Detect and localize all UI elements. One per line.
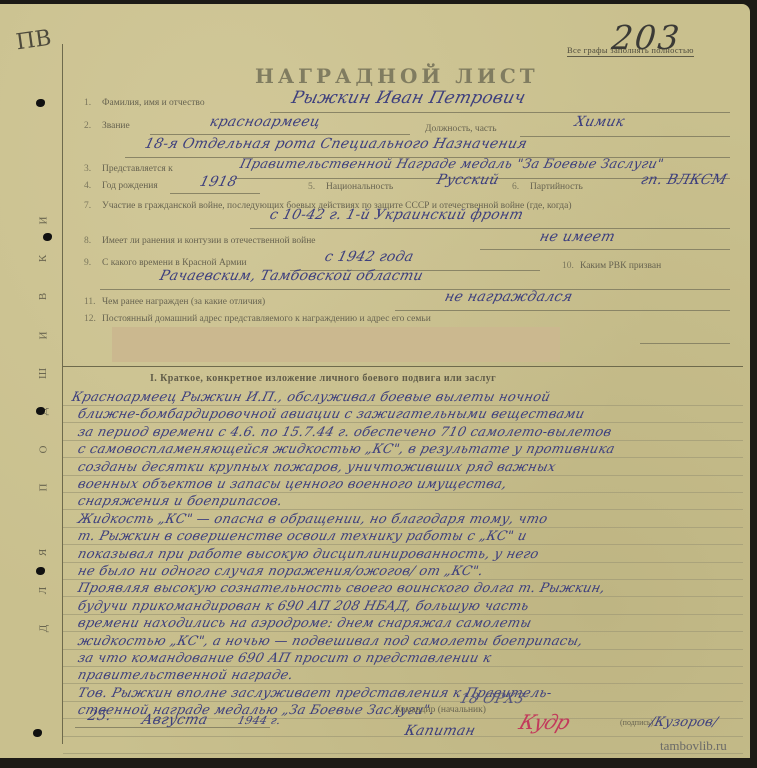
field-name-value: Рыжкин Иван Петрович — [290, 88, 528, 108]
merit-line: военных объектов и запасы ценного военно… — [76, 477, 508, 492]
ruled-line — [63, 579, 743, 580]
margin-letter: Л — [37, 585, 49, 593]
corner-mark: ПВ — [14, 26, 52, 56]
merit-line: за период времени с 4.6. по 15.7.44 г. о… — [76, 425, 613, 440]
field-prior-awards-label: 11.Чем ранее награжден (за какие отличия… — [84, 297, 265, 307]
redacted-address — [112, 327, 560, 362]
margin-letter: И — [37, 330, 49, 339]
merit-line: будучи прикомандирован к 690 АП 208 НБАД… — [76, 599, 530, 614]
field-birthyear-label: 4.Год рождения — [84, 181, 158, 191]
ruled-line — [63, 683, 743, 684]
ruled-line — [63, 596, 743, 597]
field-name-label: 1.Фамилия, имя и отчество — [84, 98, 205, 108]
field-nationality-label: 5.Национальность — [308, 182, 393, 192]
margin-line — [62, 44, 63, 744]
field-rank-label: 2.Звание — [84, 121, 130, 131]
ruled-line — [63, 422, 743, 423]
field-unit-value: 18-я Отдельная рота Специального Назначе… — [143, 136, 529, 152]
punch-hole — [36, 99, 45, 107]
field-rank-value: красноармеец — [208, 114, 322, 130]
field-address-label: 12.Постоянный домашний адрес представляе… — [84, 314, 431, 324]
punch-hole — [36, 567, 45, 575]
margin-letter: И — [37, 216, 49, 225]
scan-frame-bottom — [0, 758, 757, 768]
field-prior-awards-value: не награждался — [443, 289, 574, 305]
watermark: tambovlib.ru — [660, 738, 727, 754]
fill-note: Все графы заполнять полностью — [567, 45, 694, 57]
merit-line: Красноармеец Рыжкин И.П., обслуживал бое… — [70, 390, 552, 405]
field-war-participation-value: с 10-42 г. 1-й Украинский фронт — [268, 207, 525, 223]
field-party-value: гп. ВЛКСМ — [639, 172, 729, 188]
field-birthyear-value: 1918 — [198, 174, 239, 190]
date-month: Августа — [140, 712, 210, 728]
merit-line: правительственной награде. — [76, 668, 295, 683]
commander-rank: Капитан — [403, 723, 477, 739]
merit-line: не было ни одного случая поражения/ожого… — [76, 564, 485, 579]
margin-letter: О — [37, 445, 49, 454]
scan-frame-right — [750, 0, 757, 768]
field-rvk-value: Рачаевским, Тамбовской области — [158, 268, 425, 284]
field-nationality-value: Русский — [435, 172, 501, 188]
merit-line: показывал при работе высокую дисциплинир… — [76, 547, 540, 562]
date-day: 25. — [86, 708, 113, 724]
ruled-line — [63, 666, 743, 667]
merit-line: с самовоспламеняющейся жидкостью „КС", в… — [76, 442, 616, 457]
field-position-label: Должность, часть — [425, 124, 497, 134]
merit-line: созданы десятки крупных пожаров, уничтож… — [76, 460, 557, 475]
field-position-value: Химик — [573, 114, 626, 130]
margin-letter: К — [37, 254, 49, 262]
field-army-since-label: 9.С какого времени в Красной Армии — [84, 258, 247, 268]
ruled-line — [63, 405, 743, 406]
field-award-value: Правительственной Награде медаль "За Бое… — [238, 157, 665, 172]
margin-letter: Я — [37, 547, 49, 555]
margin-letter: Д — [37, 624, 49, 633]
field-award-label: 3.Представляется к — [84, 164, 173, 174]
margin-letter: Ш — [37, 367, 49, 379]
punch-hole — [43, 233, 52, 241]
ruled-line — [63, 492, 743, 493]
commander-unit: 18 ОРХЗ — [458, 691, 526, 707]
margin-letter: П — [37, 483, 49, 492]
margin-letter: В — [37, 292, 49, 300]
merit-line: Жидкость „КС" — опасна в обращении, но б… — [76, 512, 549, 527]
merit-line: жидкостью „КС", а ночью — подвешивал под… — [76, 634, 584, 649]
field-party-label: 6.Партийность — [512, 182, 583, 192]
merit-line: Проявляя высокую сознательность своего в… — [76, 581, 607, 596]
punch-hole — [36, 407, 45, 415]
document-title: НАГРАДНОЙ ЛИСТ — [255, 64, 539, 88]
merit-line: ближне-бомбардировочной авиации с зажига… — [76, 407, 586, 422]
field-army-since-value: с 1942 года — [323, 249, 415, 265]
field-wounds-value: не имеет — [538, 229, 617, 245]
ruled-line — [63, 457, 743, 458]
merit-line: т. Рыжкин в совершенстве освоил технику … — [76, 529, 528, 544]
merit-line: снаряжения и боеприпасов. — [76, 494, 284, 509]
punch-hole — [33, 729, 42, 737]
award-sheet: ПВ 203 Все графы заполнять полностью ДЛЯ… — [0, 4, 750, 758]
ruled-line — [63, 544, 743, 545]
ruled-line — [63, 631, 743, 632]
field-rvk-label: 10.Каким РВК призван — [562, 261, 661, 271]
field-wounds-label: 8.Имеет ли ранения и контузии в отечеств… — [84, 236, 316, 246]
ruled-line — [63, 753, 743, 754]
section-title: I. Краткое, конкретное изложение личного… — [150, 373, 496, 384]
merit-line: за что командование 690 АП просит о пред… — [76, 651, 493, 666]
merit-line: времени находились на аэродроме: днем сн… — [76, 616, 533, 631]
date-year: 1944 г. — [236, 714, 282, 727]
ruled-line — [63, 509, 743, 510]
signature: Кудр — [516, 710, 572, 734]
commander-name: /Кузоров/ — [648, 715, 719, 730]
